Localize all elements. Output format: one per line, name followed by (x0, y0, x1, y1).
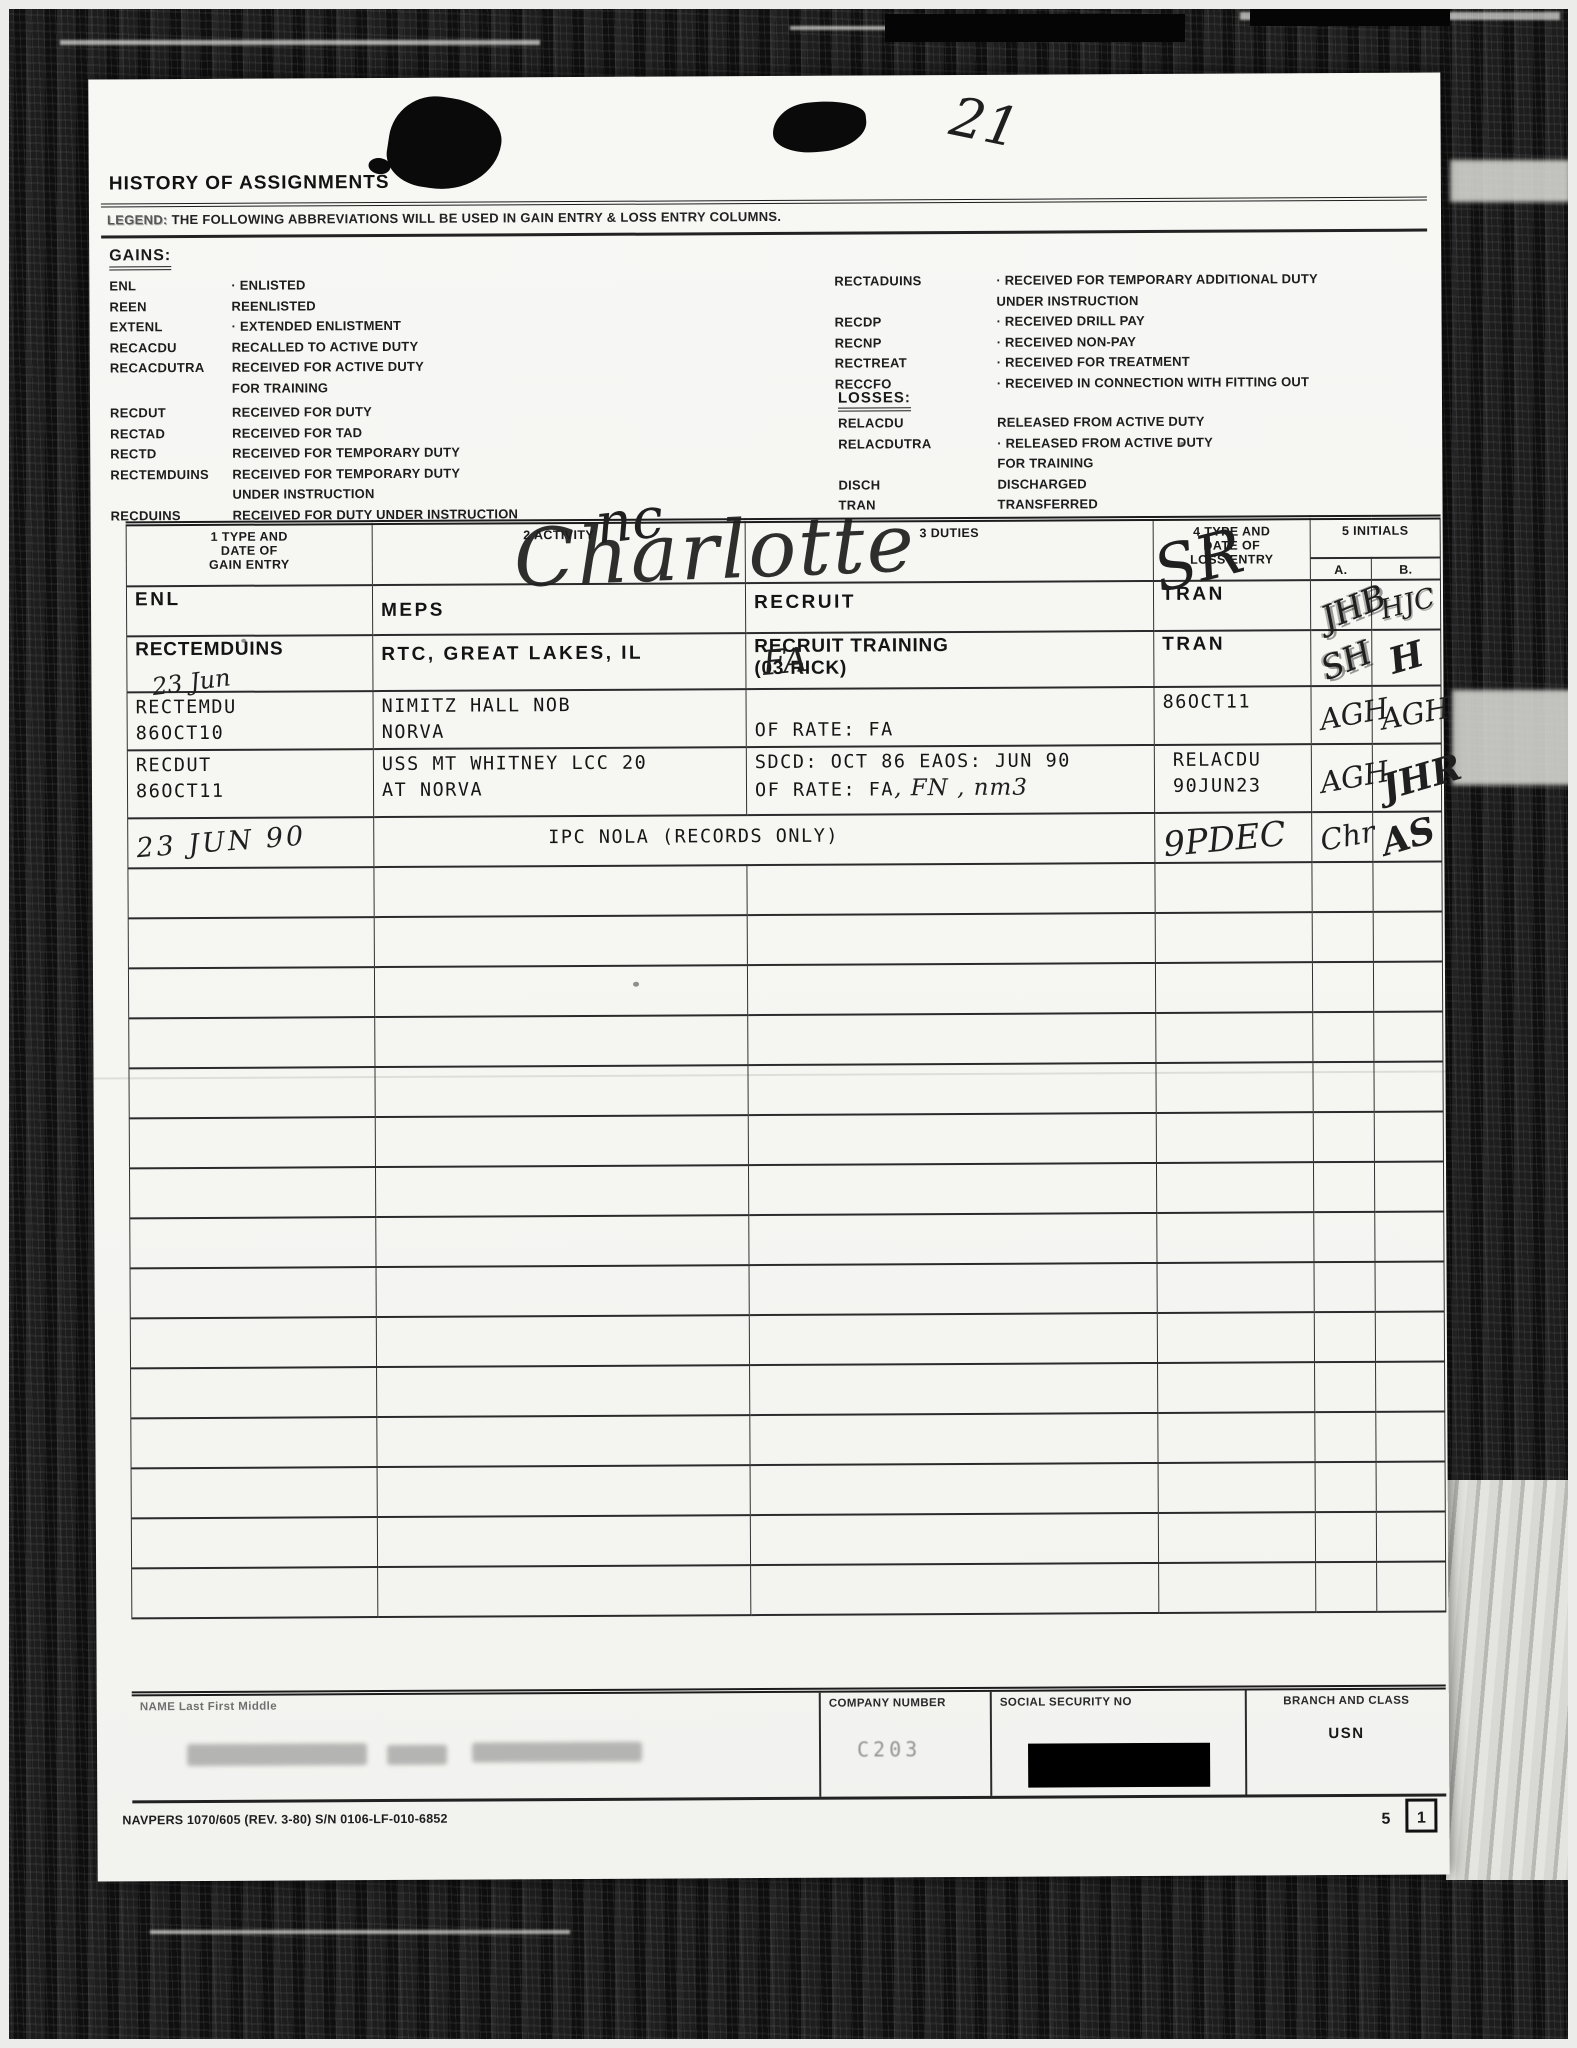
form-number: NAVPERS 1070/605 (REV. 3-80) S/N 0106-LF… (122, 1812, 447, 1828)
col-initials: 5 INITIALS (1310, 517, 1440, 558)
empty-row (129, 1011, 1443, 1068)
scan-streak (60, 40, 540, 45)
losses-section: LOSSES: RELACDURELEASED FROM ACTIVE DUTY… (838, 386, 1439, 516)
scan-light-patch (1452, 690, 1574, 785)
scan-right-margin (1446, 1480, 1577, 1880)
page-number: 5 (1381, 1811, 1390, 1829)
scan-speck (633, 982, 639, 987)
company-number-label: COMPANY NUMBER (829, 1697, 982, 1710)
divider (101, 197, 1427, 208)
empty-row (131, 1511, 1445, 1568)
scanned-document: { "header": { "title": "HISTORY OF ASSIG… (0, 0, 1577, 2048)
empty-row (131, 1361, 1445, 1418)
page-title: HISTORY OF ASSIGNMENTS (109, 172, 390, 195)
redaction-box (1028, 1743, 1210, 1788)
branch-value: USN (1255, 1725, 1438, 1743)
col-initials-a: A. (1310, 557, 1371, 579)
gain-date: 86OCT10 (136, 720, 365, 747)
list-item: TRANTRANSFERRED (838, 492, 1438, 516)
empty-row (131, 1411, 1445, 1468)
empty-row (129, 1161, 1443, 1218)
activity-entry: IPC NOLA (RECORDS ONLY) (382, 822, 1146, 852)
pencil-mark: 21 (945, 85, 1025, 161)
duties-handwritten: , FN , nm3 (894, 774, 1028, 801)
table-row: RECDUT86OCT11 USS MT WHITNEY LCC 20AT NO… (127, 743, 1441, 818)
initials-b: AS (1377, 811, 1439, 861)
gains-section: GAINS: ENL· ENLISTED REENREENLISTED EXTE… (109, 244, 730, 526)
empty-row (130, 1261, 1444, 1318)
list-item-cont: FOR TRAINING (110, 376, 730, 400)
gains-right-list: RECTADUINS· RECEIVED FOR TEMPORARY ADDIT… (834, 269, 1435, 395)
empty-row (129, 1111, 1443, 1168)
activity-entry: NIMITZ HALL NOB (382, 692, 738, 720)
initials-b: H (1385, 635, 1428, 679)
losses-heading: LOSSES: (838, 389, 911, 411)
name-label: NAME Last First Middle (140, 1698, 811, 1714)
divider (101, 229, 1427, 239)
empty-row (129, 1061, 1443, 1118)
activity-entry: USS MT WHITNEY LCC 20 (382, 750, 738, 778)
loss-date: 90JUN23 (1163, 773, 1303, 800)
gain-date: 86OCT11 (136, 778, 365, 805)
initials-b: HJC (1378, 584, 1438, 624)
empty-row (128, 961, 1442, 1018)
ssn-cell: SOCIAL SECURITY NO (992, 1691, 1248, 1796)
handwriting-charlotte: Charlotte (512, 496, 917, 605)
empty-row (128, 911, 1442, 968)
scan-speck (1180, 442, 1184, 446)
scan-speck (241, 639, 246, 643)
loss-entry: TRAN (1162, 633, 1302, 656)
scan-dark-bar (1250, 0, 1450, 26)
initials-a: SH (1316, 635, 1376, 685)
activity-entry: RTC, GREAT LAKES, IL (381, 642, 737, 666)
duties-entry: OF RATE: FA (755, 716, 1146, 744)
legend-text: THE FOLLOWING ABBREVIATIONS WILL BE USED… (172, 209, 782, 227)
company-number-value: C203 (857, 1737, 982, 1762)
gain-entry: ENL (135, 588, 364, 611)
gain-entry: RECDUT (136, 752, 365, 779)
ssn-label: SOCIAL SECURITY NO (1000, 1696, 1237, 1709)
legend-word: LEGEND: (107, 212, 168, 227)
initials-a: Chr (1318, 817, 1377, 855)
document-page: HISTORY OF ASSIGNMENTS 21 LEGEND: THE FO… (88, 72, 1449, 1881)
scan-streak (150, 1930, 570, 1934)
identification-strip: NAME Last First Middle COMPANY NUMBER C2… (132, 1684, 1447, 1803)
legend-line: LEGEND: THE FOLLOWING ABBREVIATIONS WILL… (107, 209, 781, 228)
table-row: 23 JUN 90 IPC NOLA (RECORDS ONLY) 9PDEC … (128, 811, 1442, 868)
empty-row (130, 1311, 1444, 1368)
activity-entry-2: AT NORVA (382, 776, 738, 804)
losses-list: RELACDURELEASED FROM ACTIVE DUTY RELACDU… (838, 410, 1439, 516)
col-gain-entry: 1 TYPE AND DATE OF GAIN ENTRY (126, 523, 372, 586)
ink-blot-icon (770, 97, 868, 155)
loss-entry: RELACDU (1163, 747, 1303, 774)
activity-entry-2: NORVA (382, 718, 738, 746)
empty-row (132, 1561, 1446, 1618)
duties-entry: SDCD: OCT 86 EAOS: JUN 90 (755, 748, 1146, 776)
assignments-table-wrap: nc Charlotte SR FA 1 TYPE AND DATE OF GA… (126, 514, 1446, 1618)
table-row: RECTEMDU86OCT10 NIMITZ HALL NOBNORVA OF … (127, 685, 1441, 750)
gains-heading: GAINS: (109, 247, 171, 270)
col-initials-b: B. (1371, 557, 1440, 579)
name-cell: NAME Last First Middle (132, 1693, 822, 1801)
branch-cell: BRANCH AND CLASS USN (1247, 1689, 1447, 1794)
loss-handwritten: 9PDEC (1162, 814, 1288, 865)
scan-dark-bar (885, 14, 1185, 42)
illegible-name-stamp (187, 1743, 367, 1766)
duties-entry: RECRUIT TRAINING (754, 634, 1145, 658)
duties-entry-2: OF RATE: FA, FN , nm3 (755, 774, 1146, 804)
empty-row (131, 1461, 1445, 1518)
initials-b: AGH (1379, 694, 1452, 735)
illegible-name-stamp (472, 1742, 642, 1763)
empty-row (130, 1211, 1444, 1268)
handwriting-fa: FA (761, 640, 810, 684)
empty-row (128, 861, 1442, 918)
company-number-cell: COMPANY NUMBER C203 (821, 1692, 993, 1797)
gain-date-handwritten: 23 JUN 90 (135, 820, 307, 864)
scan-light-patch (1450, 160, 1570, 202)
loss-entry: 86OCT11 (1162, 689, 1302, 716)
ink-blot-icon (382, 90, 507, 198)
initials-b: JHR (1378, 748, 1466, 805)
illegible-name-stamp (387, 1745, 447, 1765)
branch-label: BRANCH AND CLASS (1255, 1695, 1438, 1708)
duties-entry-2: (03 RICK) (754, 656, 1145, 680)
page-number-box: 1 (1405, 1799, 1437, 1833)
